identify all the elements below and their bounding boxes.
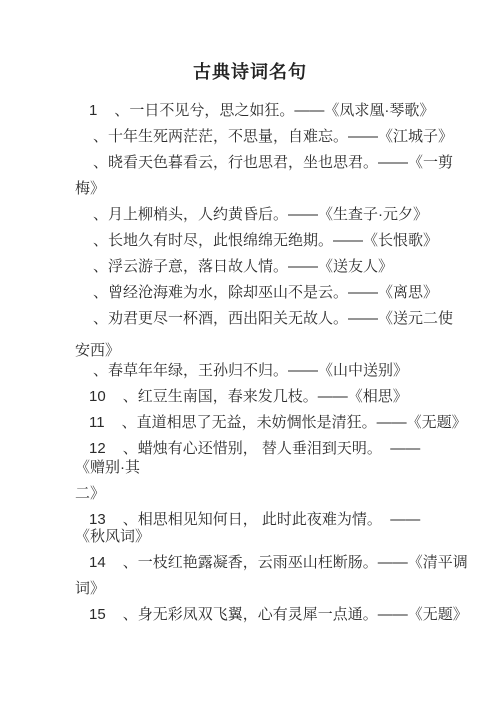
line-text: 、一枝红艳露凝香，云雨巫山枉断肠。——《清平调 [123,554,468,571]
line-text: 二》 [75,485,105,502]
poem-line: 1、一日不见兮，思之如狂。——《凤求凰·琴歌》 [75,98,480,124]
line-text: 、直道相思了无益，未妨惆怅是清狂。——《无题》 [122,414,467,431]
line-text: 词》 [75,580,105,597]
line-text: 、相思相见知何日， 此时此夜难为情。 —— [123,511,421,528]
poem-line: 10、红豆生南国，春来发几枝。——《相思》 [75,384,480,410]
line-number: 1 [89,98,97,124]
poem-line: 11、直道相思了无益，未妨惆怅是清狂。——《无题》 [75,410,480,436]
line-text: 、十年生死两茫茫，不思量，自难忘。——《江城子》 [93,128,453,145]
poem-line: 二》 [75,481,480,507]
poem-line: 15、身无彩凤双飞翼，心有灵犀一点通。——《无题》 [75,602,480,628]
line-text: 、红豆生南国，春来发几枝。——《相思》 [123,388,408,405]
page-title: 古典诗词名句 [0,0,500,84]
document-page: 古典诗词名句 1、一日不见兮，思之如狂。——《凤求凰·琴歌》、十年生死两茫茫，不… [0,0,500,708]
line-text: 、晓看天色暮看云，行也思君，坐也思君。——《一剪 [93,154,453,171]
line-number: 12 [89,436,106,462]
poem-line: 、春草年年绿，王孙归不归。——《山中送别》 [75,358,480,384]
line-text: 、浮云游子意，落日故人情。——《送友人》 [93,258,393,275]
poem-line: 、曾经沧海难为水，除却巫山不是云。——《离思》 [75,280,480,306]
poem-line: 、晓看天色暮看云，行也思君，坐也思君。——《一剪 [75,150,480,176]
line-text: 《秋风词》 [75,528,150,545]
poem-line: 、劝君更尽一杯酒，西出阳关无故人。——《送元二使 [75,306,480,332]
line-text: 安西》 [75,342,120,359]
poem-lines-list: 1、一日不见兮，思之如狂。——《凤求凰·琴歌》、十年生死两茫茫，不思量，自难忘。… [0,98,500,628]
poem-line: 梅》 [75,176,480,202]
line-number: 15 [89,602,106,628]
line-text: 、月上柳梢头，人约黄昏后。——《生查子·元夕》 [93,206,428,223]
poem-line: 14、一枝红艳露凝香，云雨巫山枉断肠。——《清平调 [75,550,480,576]
line-text: 、劝君更尽一杯酒，西出阳关无故人。——《送元二使 [93,310,453,327]
poem-line: 词》 [75,576,480,602]
line-text: 梅》 [75,180,105,197]
line-number: 14 [89,550,106,576]
line-number: 10 [89,384,106,410]
poem-line: 、长地久有时尽，此恨绵绵无绝期。——《长恨歌》 [75,228,480,254]
poem-line: 、月上柳梢头，人约黄昏后。——《生查子·元夕》 [75,202,480,228]
line-text: 、身无彩凤双飞翼，心有灵犀一点通。——《无题》 [123,606,468,623]
line-number: 13 [89,507,106,533]
line-number: 11 [89,410,105,436]
line-text: 、春草年年绿，王孙归不归。——《山中送别》 [93,362,408,379]
line-text: 、曾经沧海难为水，除却巫山不是云。——《离思》 [93,284,438,301]
line-text: 《赠别·其 [75,459,140,476]
poem-line: 、十年生死两茫茫，不思量，自难忘。——《江城子》 [75,124,480,150]
line-text: 、长地久有时尽，此恨绵绵无绝期。——《长恨歌》 [93,232,438,249]
poem-line: 、浮云游子意，落日故人情。——《送友人》 [75,254,480,280]
line-text: 、一日不见兮，思之如狂。——《凤求凰·琴歌》 [114,102,434,119]
line-text: 、蜡烛有心还惜别， 替人垂泪到天明。 —— [123,440,421,457]
